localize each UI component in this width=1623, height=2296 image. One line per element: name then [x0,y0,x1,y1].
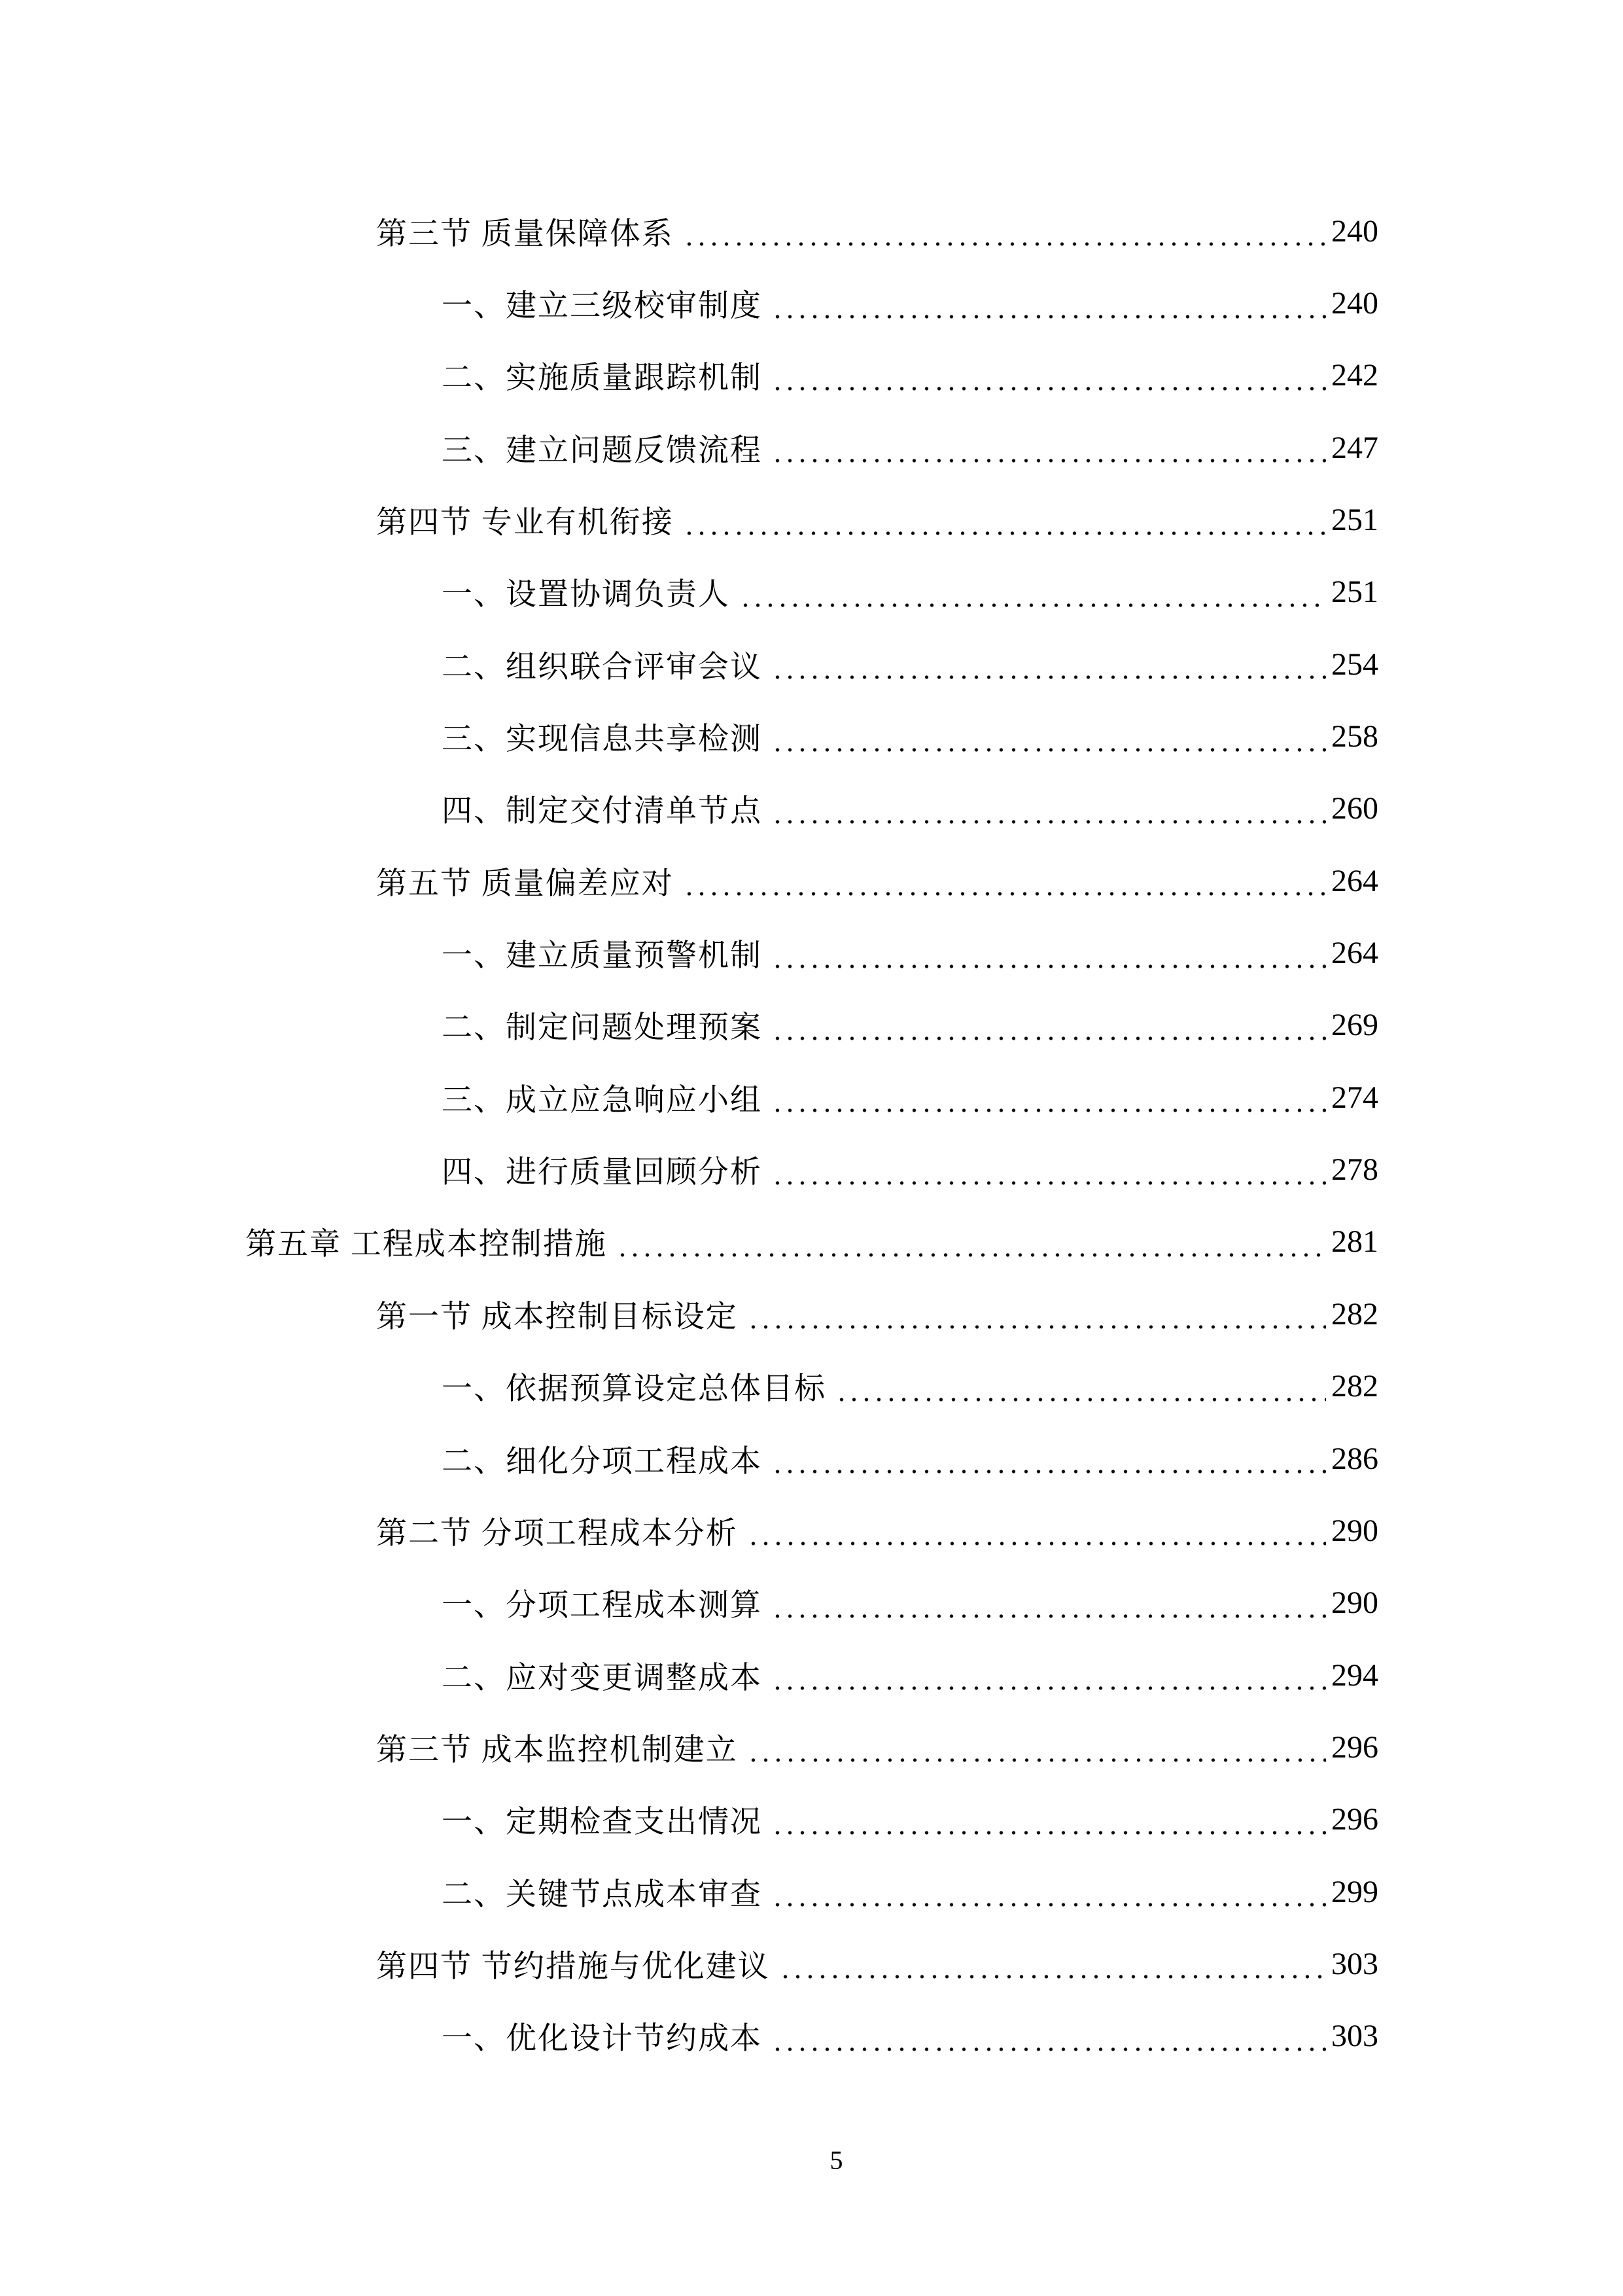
dot-leader [770,1107,1326,1114]
toc-entry-title: 一、建立质量预警机制 [442,931,762,975]
dot-leader [770,674,1326,680]
toc-entry: 一、设置协调负责人 251 [0,556,1623,628]
toc-entry-page-number: 260 [1331,790,1378,826]
toc-entry-page-number: 251 [1331,502,1378,538]
dot-leader [834,1396,1326,1403]
toc-entry-page-number: 294 [1331,1657,1378,1693]
toc-entry-page-number: 303 [1331,1946,1378,1982]
dot-leader [770,2046,1326,2053]
dot-leader [770,313,1326,320]
toc-entry-title: 第五章 工程成本控制措施 [245,1220,607,1263]
toc-entry-page-number: 282 [1331,1296,1378,1332]
toc-entry: 二、组织联合评审会议 254 [0,628,1623,700]
dot-leader [778,1973,1326,1980]
toc-entry: 第二节 分项工程成本分析 290 [0,1494,1623,1566]
toc-entry-title: 一、建立三级校审制度 [442,281,762,325]
toc-entry: 一、定期检查支出情况 296 [0,1784,1623,1856]
table-of-contents: 第三节 质量保障体系 240 一、建立三级校审制度 240 二、实施质量跟踪机制… [0,195,1623,2072]
toc-entry: 第一节 成本控制目标设定 282 [0,1278,1623,1350]
dot-leader [746,1540,1326,1547]
toc-entry-page-number: 290 [1331,1585,1378,1621]
toc-entry: 第三节 成本监控机制建立 296 [0,1711,1623,1783]
dot-leader [770,1901,1326,1908]
toc-entry: 三、成立应急响应小组 274 [0,1061,1623,1133]
toc-entry-page-number: 303 [1331,2018,1378,2054]
dot-leader [746,1324,1326,1330]
dot-leader [770,963,1326,970]
toc-entry: 四、进行质量回顾分析 278 [0,1133,1623,1205]
toc-entry: 一、建立三级校审制度 240 [0,267,1623,339]
toc-entry-title: 二、细化分项工程成本 [442,1437,762,1481]
toc-entry: 第四节 专业有机衔接 251 [0,484,1623,556]
dot-leader [682,241,1326,247]
toc-entry-page-number: 299 [1331,1874,1378,1910]
toc-entry-title: 四、进行质量回顾分析 [442,1148,762,1192]
dot-leader [770,385,1326,392]
toc-entry: 一、建立质量预警机制 264 [0,917,1623,989]
toc-entry-title: 一、定期检查支出情况 [442,1797,762,1841]
toc-entry-page-number: 269 [1331,1007,1378,1043]
toc-entry-page-number: 264 [1331,935,1378,971]
toc-entry-title: 第五节 质量偏差应对 [376,859,674,903]
page-footer: 5 [0,2145,1623,2176]
toc-entry-page-number: 251 [1331,574,1378,610]
toc-entry: 二、细化分项工程成本 286 [0,1422,1623,1494]
toc-entry-title: 一、依据预算设定总体目标 [442,1364,826,1408]
toc-entry: 二、关键节点成本审查 299 [0,1856,1623,1928]
toc-entry-page-number: 274 [1331,1080,1378,1116]
toc-entry-title: 四、制定交付清单节点 [442,786,762,830]
dot-leader [770,457,1326,464]
toc-entry-page-number: 258 [1331,718,1378,754]
toc-entry: 第四节 节约措施与优化建议 303 [0,1928,1623,2000]
toc-entry-page-number: 242 [1331,357,1378,393]
toc-entry-title: 二、应对变更调整成本 [442,1653,762,1697]
toc-entry-page-number: 290 [1331,1513,1378,1549]
toc-entry-page-number: 282 [1331,1368,1378,1404]
toc-entry-page-number: 264 [1331,863,1378,899]
toc-entry-title: 第三节 质量保障体系 [376,209,674,253]
toc-entry: 第三节 质量保障体系 240 [0,195,1623,267]
document-page: 第三节 质量保障体系 240 一、建立三级校审制度 240 二、实施质量跟踪机制… [0,0,1623,2296]
toc-entry: 三、建立问题反馈流程 247 [0,412,1623,484]
toc-entry-page-number: 254 [1331,646,1378,682]
toc-entry: 一、依据预算设定总体目标 282 [0,1351,1623,1422]
toc-entry-title: 二、关键节点成本审查 [442,1870,762,1914]
toc-entry-title: 一、设置协调负责人 [442,570,730,614]
dot-leader [682,891,1326,897]
toc-entry-title: 二、实施质量跟踪机制 [442,353,762,397]
toc-entry-page-number: 296 [1331,1729,1378,1765]
toc-entry-title: 第四节 专业有机衔接 [376,498,674,542]
toc-entry-page-number: 278 [1331,1152,1378,1188]
dot-leader [770,819,1326,825]
toc-entry: 一、优化设计节约成本 303 [0,2000,1623,2072]
toc-entry: 一、分项工程成本测算 290 [0,1567,1623,1639]
toc-entry: 三、实现信息共享检测 258 [0,700,1623,772]
toc-entry: 四、制定交付清单节点 260 [0,773,1623,845]
dot-leader [615,1252,1326,1258]
toc-entry-title: 三、建立问题反馈流程 [442,426,762,470]
toc-entry: 第五节 质量偏差应对 264 [0,845,1623,917]
dot-leader [682,530,1326,537]
toc-entry-page-number: 240 [1331,285,1378,321]
dot-leader [746,1757,1326,1763]
toc-entry-page-number: 296 [1331,1801,1378,1837]
dot-leader [770,1829,1326,1836]
toc-entry-title: 二、制定问题处理预案 [442,1003,762,1047]
dot-leader [770,1035,1326,1042]
dot-leader [770,1180,1326,1186]
toc-entry: 二、制定问题处理预案 269 [0,989,1623,1061]
toc-entry-title: 第三节 成本监控机制建立 [376,1725,738,1769]
toc-entry-page-number: 247 [1331,430,1378,466]
toc-entry: 二、实施质量跟踪机制 242 [0,340,1623,412]
toc-entry-title: 一、优化设计节约成本 [442,2014,762,2058]
toc-entry-page-number: 286 [1331,1441,1378,1477]
toc-entry-page-number: 240 [1331,213,1378,249]
dot-leader [770,1685,1326,1691]
dot-leader [738,602,1326,609]
toc-entry: 第五章 工程成本控制措施 281 [0,1206,1623,1278]
dot-leader [770,1468,1326,1475]
dot-leader [770,1613,1326,1619]
toc-entry: 二、应对变更调整成本 294 [0,1639,1623,1711]
toc-entry-title: 第四节 节约措施与优化建议 [376,1942,770,1986]
page-number: 5 [830,2146,843,2175]
toc-entry-title: 二、组织联合评审会议 [442,643,762,686]
toc-entry-title: 第二节 分项工程成本分析 [376,1509,738,1553]
toc-entry-title: 三、实现信息共享检测 [442,715,762,758]
toc-entry-page-number: 281 [1331,1224,1378,1260]
toc-entry-title: 三、成立应急响应小组 [442,1076,762,1120]
dot-leader [770,747,1326,753]
toc-entry-title: 一、分项工程成本测算 [442,1581,762,1625]
toc-entry-title: 第一节 成本控制目标设定 [376,1292,738,1336]
